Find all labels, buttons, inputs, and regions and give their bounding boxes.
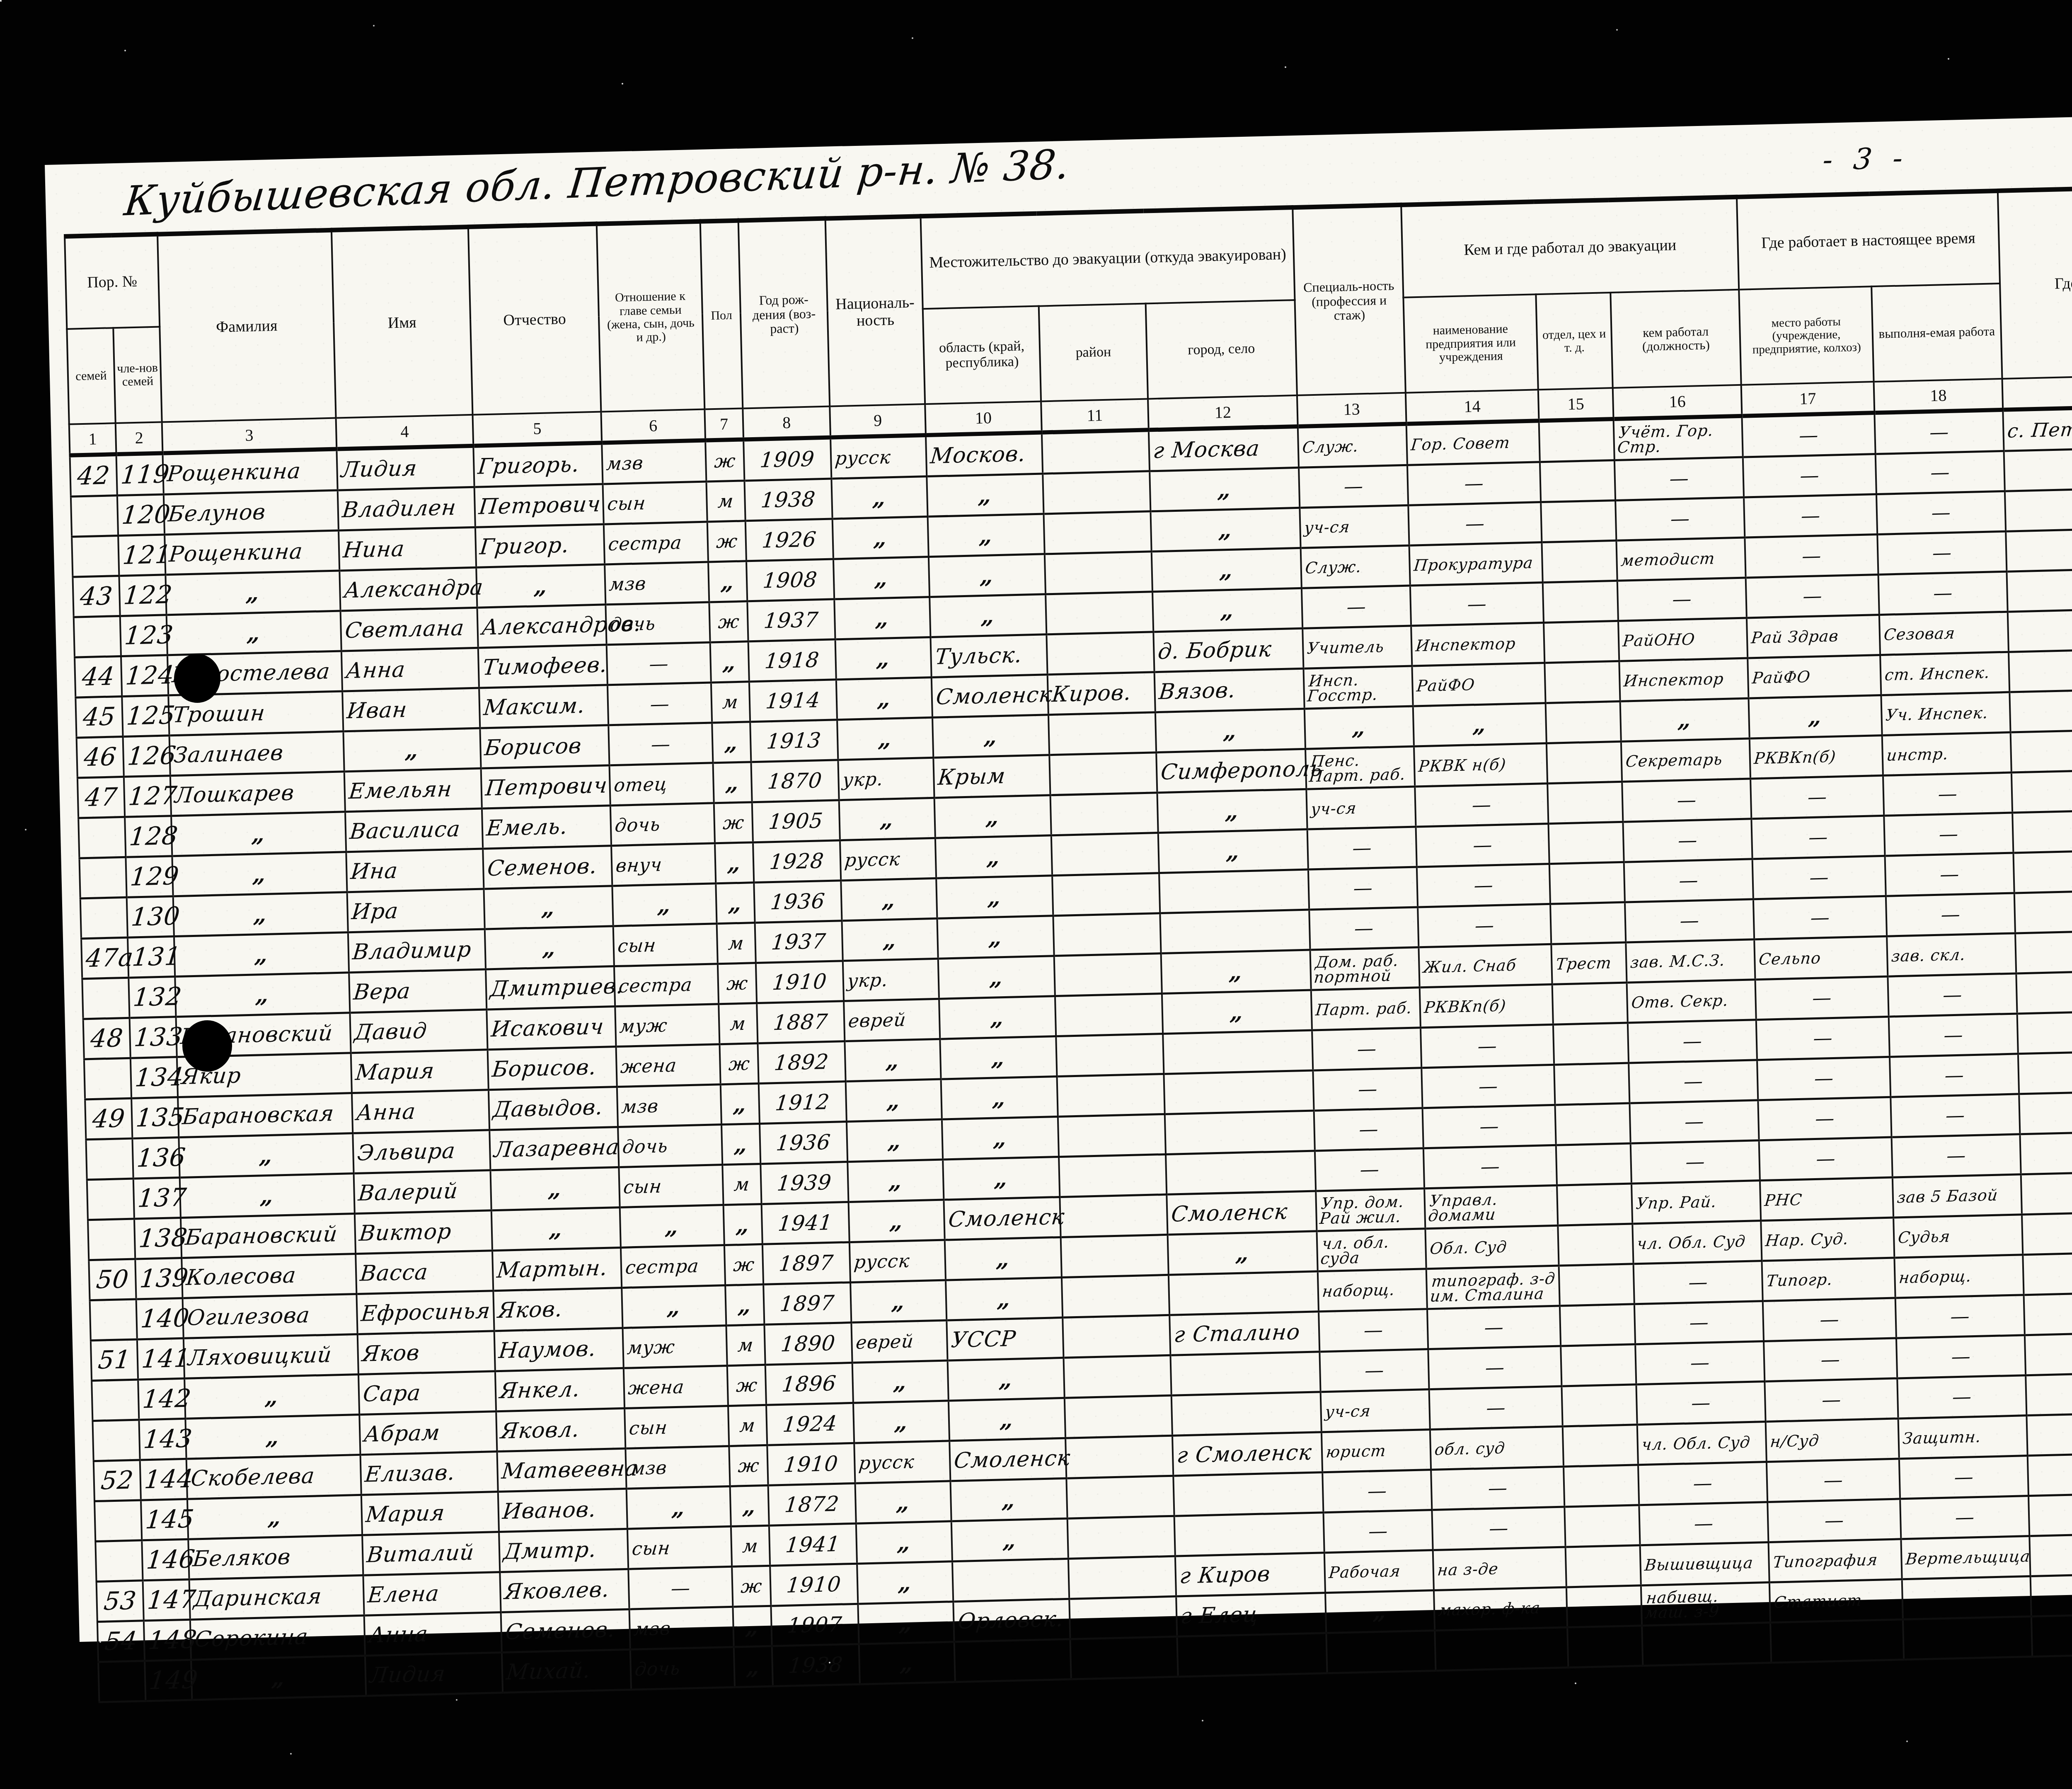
table-cell: 47а [81,937,128,979]
table-cell: мзв [629,1607,734,1649]
handwritten-entry: типограф. з-д им. Сталина [1429,1271,1556,1304]
table-cell: „ [833,557,929,599]
table-cell: чл. Обл. Суд [1637,1422,1767,1465]
table-cell [1173,1472,1323,1516]
handwritten-entry: Москов. [929,441,1027,469]
handwritten-entry: 134 [134,1063,185,1093]
handwritten-entry: 1912 [774,1090,831,1115]
table-cell: 53 [97,1581,144,1622]
handwritten-entry: „ [666,1293,682,1320]
table-cell: г Елец [1176,1593,1326,1636]
handwritten-entry: „ [1472,714,1487,736]
handwritten-entry: — [1685,1152,1706,1171]
handwritten-entry: Трест [1555,955,1612,971]
handwritten-entry: Белунов [167,500,267,527]
handwritten-entry: Статист [1773,1593,1863,1610]
table-cell: м [728,1405,767,1446]
table-cell: „ [180,1174,355,1218]
handwritten-entry: — [1683,1072,1704,1091]
handwritten-entry: 45 [82,702,117,732]
table-cell: „ [945,1237,1062,1280]
table-cell: сын [627,1526,732,1569]
handwritten-entry: — [1464,474,1484,493]
table-cell: „ [857,1561,953,1604]
handwritten-entry: „ [979,562,995,589]
handwritten-entry: — [1939,865,1960,884]
handwritten-entry: Судья [1897,1229,1951,1245]
handwritten-entry: — [1819,1310,1840,1329]
handwritten-entry: — [1480,1157,1501,1176]
table-cell: Владимир [348,929,486,973]
handwritten-entry: „ [547,1175,563,1202]
handwritten-entry: Емельян [348,777,453,804]
handwritten-entry: 1887 [772,1009,829,1035]
handwritten-entry: 49 [91,1104,126,1134]
handwritten-entry: Отв. Секр. [1631,993,1729,1010]
table-cell: мзв [602,441,706,484]
punch-hole [174,654,220,703]
table-cell: 132 [128,977,176,1018]
handwritten-entry: сестра [618,974,693,997]
column-number: 3 [162,418,337,453]
table-cell: внуч [611,843,716,886]
handwritten-entry: „ [1229,998,1245,1025]
column-number: 17 [1741,382,1875,416]
table-cell: 119 [116,453,163,495]
table-cell: — [1322,1470,1432,1513]
table-cell: 1936 [760,1122,847,1164]
handwritten-entry: чл. Обл. Суд [1641,1435,1751,1452]
header-birth-year: Год рож-дения (воз-раст) [738,218,830,408]
table-cell: Даринская [189,1575,364,1620]
handwritten-entry: Дмитр. [502,1537,598,1564]
table-cell: — [1423,1105,1556,1148]
handwritten-entry: РайОНО [1622,632,1696,648]
handwritten-entry: — [1358,1120,1379,1139]
handwritten-entry: — [1930,463,1951,482]
handwritten-entry: 53 [102,1586,138,1616]
handwritten-entry: методист [1620,551,1716,568]
table-cell: 1905 [752,800,840,842]
handwritten-entry: м [742,1535,760,1557]
handwritten-entry: Дмитриев. [489,974,625,1002]
handwritten-entry: 1896 [781,1371,838,1397]
handwritten-entry: Матвеевна [501,1456,640,1484]
table-cell: „ [2031,1571,2072,1617]
handwritten-entry: Владимир [351,937,473,965]
table-cell: Ефросинья [356,1291,494,1334]
table-cell: „ [852,1361,949,1403]
handwritten-entry: 148 [147,1625,198,1655]
handwritten-entry: „ [877,725,893,752]
table-cell [1642,1622,1771,1666]
handwritten-entry: — [1807,788,1828,806]
handwritten-entry: 1936 [775,1130,832,1155]
handwritten-entry: ж [737,1455,760,1477]
table-cell: — [1876,451,2005,494]
table-cell: — [1878,571,2008,615]
handwritten-entry: „ [983,723,999,750]
handwritten-entry: — [1669,470,1690,488]
table-cell: м [706,481,745,522]
table-cell: „ [938,956,1055,999]
handwritten-entry: — [1800,506,1821,525]
handwritten-entry: 140 [139,1303,191,1334]
table-cell: — [1888,973,2017,1017]
handwritten-entry: — [1346,598,1367,616]
handwritten-entry: „ [1372,1601,1388,1622]
handwritten-entry: „ [887,1127,903,1154]
table-cell: 50 [89,1259,136,1300]
table-cell: 1890 [764,1322,852,1365]
table-cell: 1872 [768,1483,856,1525]
handwritten-entry: Александра [343,575,484,603]
table-cell: Василиса [345,809,483,852]
table-cell: Васса [356,1251,493,1294]
table-cell: „ [853,1401,949,1443]
handwritten-entry: „ [733,1131,749,1158]
table-cell: — [1751,816,1885,859]
table-cell [92,1420,140,1461]
handwritten-entry: 50 [95,1265,130,1295]
table-cell: Крым [933,755,1050,798]
handwritten-entry: сын [622,1176,663,1198]
table-cell: наборщ. [1894,1255,2024,1298]
handwritten-entry: „ [886,1087,902,1114]
handwritten-entry: „ [978,522,994,549]
table-cell: уч-ся [1306,787,1416,829]
table-cell: „ [1155,709,1305,752]
table-cell: — [1755,976,1889,1020]
table-cell: — [1886,893,2015,936]
table-cell: Типография [1769,1539,1902,1583]
handwritten-entry: РайФО [1416,677,1476,693]
handwritten-entry: — [1824,1511,1844,1530]
handwritten-entry: уч-ся [1324,1403,1372,1419]
handwritten-entry: Служ. [1302,438,1359,455]
column-number: 5 [473,412,602,446]
table-cell: — [1410,583,1544,626]
handwritten-entry: УССР [950,1326,1017,1353]
handwritten-entry: дочь [622,1135,669,1158]
table-cell [1170,1352,1320,1395]
table-cell [1552,983,1628,1024]
table-cell: — [1629,1060,1758,1103]
handwritten-entry: ст. Инспек. [1884,665,1991,683]
table-cell: „ [173,892,348,937]
handwritten-entry: „ [267,1503,283,1530]
table-cell: „ [184,1374,359,1419]
handwritten-entry: Виктор [358,1219,453,1246]
table-cell: „ [2019,1088,2072,1134]
table-cell: Валерий [354,1170,491,1214]
table-cell: — [1885,853,2014,896]
table-cell: Лидия [365,1653,503,1696]
handwritten-entry: — [1944,1066,1965,1085]
handwritten-entry: Смоленск [1170,1199,1288,1227]
table-cell: Елизав. [361,1452,498,1495]
handwritten-entry: Типогр. [1766,1272,1833,1288]
table-cell: „ [167,611,341,655]
handwritten-entry: 1941 [777,1210,834,1236]
handwritten-entry: „ [888,1167,903,1194]
handwritten-entry: „ [254,941,269,968]
handwritten-entry: Колесова [185,1263,297,1290]
table-cell [82,978,129,1019]
column-number: 11 [1041,399,1149,432]
handwritten-entry: набивщ. маш. з-9 [1644,1588,1767,1620]
table-cell: „ [730,1485,769,1526]
table-cell: Максим. [479,685,608,728]
table-cell: набивщ. маш. з-9 [1641,1582,1770,1625]
handwritten-entry: „ [271,1664,286,1691]
table-cell: наборщ. [1318,1269,1427,1312]
table-cell: „ [191,1656,366,1700]
handwritten-entry: Жил. Снаб [1423,958,1517,975]
handwritten-entry: Крым [937,764,1007,790]
page-number: - 3 - [1821,141,1910,177]
handwritten-entry: Рощенкина [166,459,302,487]
handwritten-entry: Дом. раб. портной [1313,952,1416,985]
handwritten-entry: 129 [129,862,180,892]
table-cell: „ [834,597,930,639]
table-cell: Огилезова [183,1294,358,1339]
table-cell: Москов. [926,432,1043,476]
table-cell: „ [946,1277,1063,1320]
table-cell: ж [707,521,746,562]
column-number: 1 [69,423,116,455]
table-cell: 137 [133,1178,181,1219]
table-cell: мзв [625,1446,730,1489]
table-cell: „ [856,1521,952,1564]
table-cell [1163,1030,1313,1074]
table-cell: „ [833,517,929,559]
table-cell: зав 5 Базой [1893,1174,2022,1218]
handwritten-entry: зав. скл. [1890,947,1966,963]
handwritten-entry: „ [895,1489,911,1516]
handwritten-entry: — [1813,1069,1834,1088]
handwritten-entry: 1909 [759,447,816,472]
table-cell [1055,994,1163,1036]
table-cell: — [1415,783,1548,827]
table-cell [1564,1465,1639,1507]
table-cell: „ [837,717,933,760]
table-cell: 44 [75,656,122,697]
handwritten-entry: „ [874,605,890,632]
table-cell: Наумов. [494,1328,624,1371]
table-cell [1054,954,1162,996]
table-cell: Скобелева [186,1455,361,1499]
handwritten-entry: укр. [842,768,884,790]
handwritten-entry: „ [726,850,742,876]
handwritten-entry: Васса [359,1260,429,1286]
table-cell: Сезовая [1879,612,2009,655]
handwritten-entry: 52 [99,1466,135,1496]
handwritten-entry: ж [740,1576,763,1597]
table-cell: Упр. Рай. [1631,1181,1761,1224]
handwritten-entry: „ [742,1492,758,1519]
handwritten-entry: 1937 [770,929,827,954]
handwritten-entry: русск [844,848,901,871]
handwritten-entry: сестра [607,532,683,554]
handwritten-entry: г Сталино [1173,1319,1301,1347]
table-cell: „ [951,1518,1068,1561]
handwritten-entry: Секретарь [1625,752,1723,769]
handwritten-entry: Парт. раб. [1315,1000,1413,1018]
table-cell: Инспектор [1619,658,1748,701]
table-cell: сестра [604,522,708,564]
table-cell [88,1219,135,1260]
handwritten-entry: — [1693,1514,1714,1533]
table-cell: Управл. домами [1424,1185,1558,1229]
header-surname: Фамилия [157,230,336,422]
handwritten-entry: — [1356,1040,1377,1058]
handwritten-entry: н/Суд [1769,1433,1820,1449]
table-cell: „ [1168,1231,1318,1275]
handwritten-entry: Управл. домами [1428,1191,1555,1223]
table-cell: 125 [122,695,169,737]
handwritten-entry: — [1353,919,1374,938]
evacuation-register-table: Пор. № Фамилия Имя Отчество Отношение к … [64,183,2072,1703]
table-cell [1435,1627,1568,1671]
handwritten-entry: 44 [80,662,116,692]
handwritten-entry: Смоленск [935,682,1053,710]
table-cell: „ [2020,1128,2072,1174]
table-cell [1542,540,1617,582]
table-cell: Ира [347,889,485,932]
table-cell: РКВК н(б) [1414,743,1547,787]
table-cell: 131 [128,937,175,978]
table-cell: Виталий [362,1532,500,1576]
handwritten-entry: Тимофеев. [482,652,609,680]
table-cell [1058,1114,1166,1157]
handwritten-entry: мзв [620,1095,659,1117]
table-cell: уч-ся [1321,1390,1430,1432]
table-cell: Вязов. [1155,668,1305,712]
table-cell: Барановская [178,1093,353,1138]
table-cell: ж [729,1445,768,1486]
table-cell [954,1639,1071,1682]
table-cell: „ [939,996,1056,1039]
table-cell [952,1559,1069,1602]
handwritten-entry: чл. обл. суда [1320,1234,1423,1266]
handwritten-entry: Рай Здрав [1750,628,1839,645]
handwritten-entry: Яковлев. [503,1577,610,1605]
table-cell: юрист [1322,1430,1431,1472]
table-cell: — [1638,1462,1767,1505]
table-cell [1056,1034,1164,1077]
table-cell [1062,1275,1169,1317]
table-cell: „ [174,932,349,977]
table-cell: сын [619,1165,723,1208]
handwritten-entry: Яковл. [499,1417,581,1444]
handwritten-entry: — [1946,1147,1967,1165]
table-cell [84,1058,131,1099]
handwritten-entry: Абрам [363,1420,441,1447]
handwritten-entry: Рабочая [1328,1564,1401,1580]
table-cell: — [1308,867,1418,910]
handwritten-entry: — [1477,1037,1498,1055]
handwritten-entry: Нина [342,537,406,563]
table-cell: 1870 [751,760,839,802]
table-cell: — [1634,1261,1763,1304]
handwritten-entry: 126 [126,741,177,771]
table-cell: Сельпо [1754,936,1888,980]
table-cell: „ [2024,1289,2072,1335]
handwritten-entry: м [739,1415,757,1436]
table-cell: 1897 [763,1282,851,1324]
handwritten-entry: Защитн. [1902,1429,1982,1446]
table-cell [1052,873,1160,916]
table-cell: на з-де [1433,1547,1566,1590]
handwritten-entry: г Елец [1179,1602,1259,1629]
handwritten-entry: сын [606,492,647,514]
table-cell: 136 [132,1138,179,1179]
handwritten-entry: 138 [138,1223,189,1254]
handwritten-entry: „ [885,1047,900,1074]
handwritten-entry: Давид [353,1019,428,1045]
table-cell: „ [950,1478,1067,1521]
handwritten-entry: — [1368,1522,1388,1541]
table-cell [1177,1633,1327,1677]
table-cell: 129 [126,856,173,898]
table-cell: — [1744,494,1877,538]
handwritten-entry: Михай. [505,1658,592,1685]
table-cell: Барановский [181,1214,356,1258]
table-cell: 140 [136,1298,184,1339]
table-cell: г Киров [1175,1553,1325,1596]
handwritten-entry: „ [1677,709,1692,731]
handwritten-entry: Наумов. [498,1336,598,1363]
handwritten-entry: „ [724,729,739,756]
table-cell: н/Суд [1766,1419,1899,1462]
table-cell: 1910 [767,1443,855,1485]
table-cell: Давид [350,1009,487,1053]
handwritten-entry: ж [732,1254,755,1276]
table-cell: — [1319,1349,1429,1392]
table-cell: Смоленск [944,1197,1060,1240]
table-cell: Тульск. [930,634,1047,678]
table-cell: Елена [363,1572,501,1616]
table-cell [1174,1513,1324,1556]
table-cell: „ [1150,508,1300,551]
table-cell [1166,1151,1316,1194]
table-cell [74,616,121,658]
table-cell: „ [476,564,605,608]
handwritten-entry: 145 [144,1504,196,1535]
table-cell: 1938 [744,479,832,521]
handwritten-entry: — [1679,912,1700,930]
handwritten-entry: еврей [847,1009,907,1031]
table-cell [1561,1344,1636,1386]
table-cell: Смоленск [1167,1191,1317,1235]
table-cell: 1914 [749,680,837,722]
table-cell: „ [2005,486,2072,532]
handwritten-entry: — [1814,1109,1835,1128]
handwritten-entry: мзв [608,573,647,595]
table-cell: „ [2016,968,2072,1014]
table-cell: — [1309,907,1418,950]
table-cell: „ [2015,927,2072,973]
handwritten-entry: „ [724,769,740,796]
handwritten-entry: 47 [83,782,119,812]
table-cell: „ [172,852,347,896]
handwritten-entry: обл. суд [1434,1440,1506,1457]
handwritten-entry: Инспектор [1623,671,1725,689]
handwritten-entry: 133 [133,1022,184,1053]
table-cell [1061,1235,1169,1277]
table-cell: — [1307,827,1417,869]
